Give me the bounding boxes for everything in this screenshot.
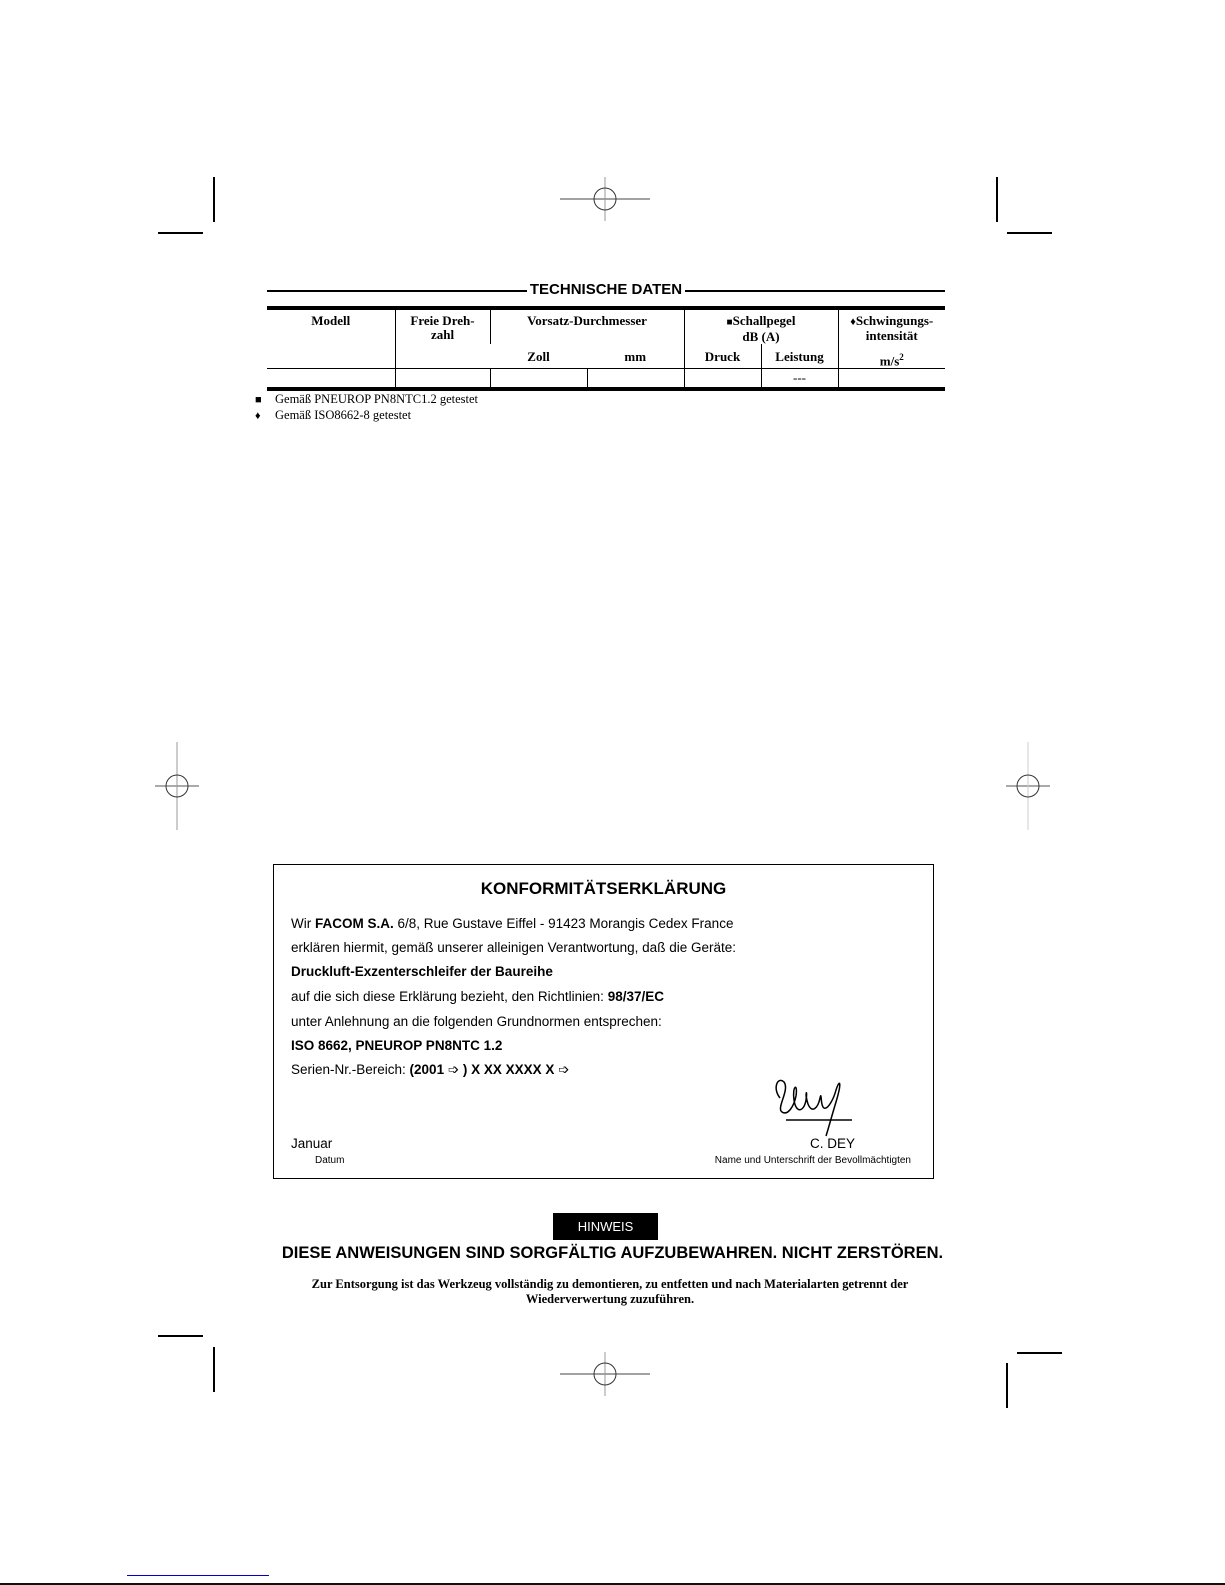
link-underline: [127, 1575, 269, 1576]
spec-table: Modell Freie Dreh- zahl Vorsatz-Durchmes…: [267, 306, 945, 391]
technical-data-title: TECHNISCHE DATEN: [529, 281, 683, 298]
signature-icon: [770, 1068, 860, 1138]
registration-mark-icon: [152, 740, 202, 832]
header-vorsatz-durchmesser: Vorsatz-Durchmesser: [490, 308, 684, 344]
declaration-line: unter Anlehnung an die folgenden Grundno…: [291, 1014, 662, 1030]
header-schwingungsintensitaet: ♦Schwingungs- intensität: [838, 308, 945, 344]
cell-schwingung: [838, 369, 945, 390]
declaration-line-directive: auf die sich diese Erklärung bezieht, de…: [291, 989, 664, 1005]
declaration-standards: ISO 8662, PNEUROP PN8NTC 1.2: [291, 1038, 502, 1054]
declaration-product: Druckluft-Exzenterschleifer der Baureihe: [291, 964, 553, 980]
crop-mark: [158, 1335, 203, 1337]
signatory-caption: Name und Unterschrift der Bevollmächtigt…: [715, 1155, 911, 1166]
footnote: ♦Gemäß ISO8662-8 getestet: [255, 408, 411, 423]
square-bullet-icon: ■: [255, 393, 275, 407]
header-zoll: Zoll: [490, 344, 587, 369]
crop-mark: [996, 177, 998, 222]
cell-druck: [684, 369, 761, 390]
crop-mark: [1006, 1363, 1008, 1408]
declaration-serial-range: Serien-Nr.-Bereich: (2001 ➩ ) X XX XXXX …: [291, 1062, 569, 1078]
header-modell: Modell: [267, 308, 395, 344]
crop-mark: [1007, 232, 1052, 234]
declaration-of-conformity: KONFORMITÄTSERKLÄRUNG Wir FACOM S.A. 6/8…: [273, 864, 934, 1179]
declaration-title: KONFORMITÄTSERKLÄRUNG: [274, 879, 933, 899]
footnote: ■Gemäß PNEUROP PN8NTC1.2 getestet: [255, 392, 478, 407]
signatory-name: C. DEY: [810, 1136, 855, 1151]
header-freie-drehzahl: Freie Dreh- zahl: [395, 308, 490, 344]
registration-mark-icon: [1003, 740, 1053, 832]
header-druck: Druck: [684, 344, 761, 369]
declaration-line: erklären hiermit, gemäß unserer alleinig…: [291, 940, 736, 956]
cell-zoll: [490, 369, 587, 390]
header-schallpegel: ■Schallpegel dB (A): [684, 308, 838, 344]
cell-leistung: ---: [761, 369, 838, 390]
date-value: Januar: [291, 1136, 332, 1151]
header-mm: mm: [587, 344, 684, 369]
cell-mm: [587, 369, 684, 390]
header-leistung: Leistung: [761, 344, 838, 369]
technical-data-heading: TECHNISCHE DATEN: [267, 280, 945, 300]
declaration-line-company: Wir FACOM S.A. 6/8, Rue Gustave Eiffel -…: [291, 916, 733, 932]
date-caption: Datum: [315, 1155, 344, 1166]
crop-mark: [213, 1347, 215, 1392]
registration-mark-icon: [555, 175, 655, 225]
crop-mark: [213, 177, 215, 222]
crop-mark: [158, 232, 203, 234]
disposal-note: Zur Entsorgung ist das Werkzeug vollstän…: [270, 1277, 950, 1307]
table-row: ---: [267, 369, 945, 390]
crop-mark: [1017, 1352, 1062, 1354]
cell-drehzahl: [395, 369, 490, 390]
cell-modell: [267, 369, 395, 390]
diamond-bullet-icon: ♦: [255, 409, 275, 423]
notice-badge: HINWEIS: [553, 1213, 658, 1240]
header-ms2: m/s2: [838, 344, 945, 369]
notice-warning: DIESE ANWEISUNGEN SIND SORGFÄLTIG AUFZUB…: [0, 1244, 1225, 1263]
registration-mark-icon: [555, 1350, 655, 1400]
